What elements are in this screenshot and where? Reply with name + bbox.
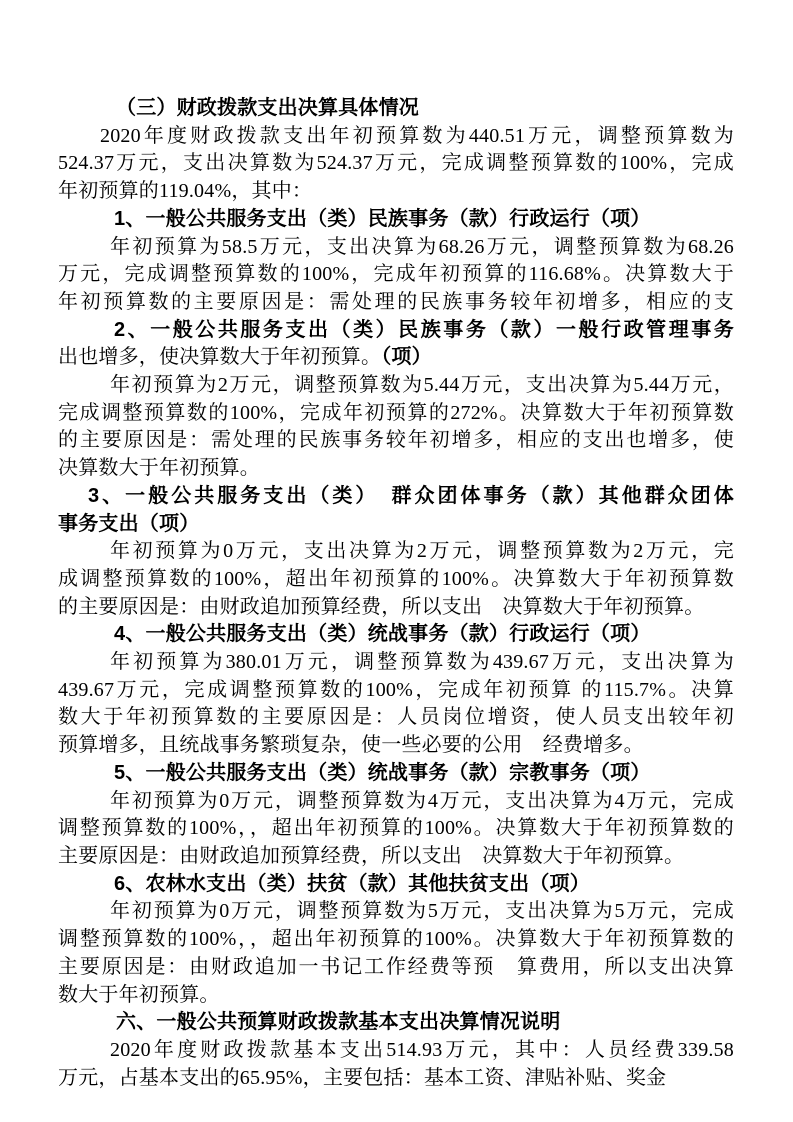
text-line: 主要原因是：由财政追加预算经费，所以支出 决算数大于年初预算。 — [58, 843, 734, 871]
body-text: 年初预算为0万元，调整预算数为5万元，支出决算为5万元，完成 — [110, 900, 734, 922]
body-text: 出也增多，使决算数大于年初预算。 — [58, 346, 381, 368]
text-line: 439.67万元，完成调整预算数的100%，完成年初预算 的115.7%。决算 — [58, 677, 734, 705]
text-line: 6、农林水支出（类）扶贫（款）其他扶贫支出（项） — [58, 871, 734, 899]
text-line: 年初预算为0万元，调整预算数为4万元，支出决算为4万元，完成 — [58, 788, 734, 816]
body-text: 2020年度财政拨款基本支出514.93万元，其中：人员经费339.58 — [110, 1039, 734, 1061]
body-text: 年初预算为380.01万元，调整预算数为439.67万元，支出决算为 — [110, 651, 734, 673]
text-line: 出也增多，使决算数大于年初预算。（项） — [58, 344, 734, 372]
text-line: 2020年度财政拨款支出年初预算数为440.51万元，调整预算数为 — [58, 123, 734, 151]
body-text: 的主要原因是：由财政追加预算经费，所以支出 决算数大于年初预算。 — [58, 596, 704, 618]
body-text: 年初预算为0万元，调整预算数为4万元，支出决算为4万元，完成 — [110, 790, 734, 812]
body-text: 万元，占基本支出的65.95%，主要包括：基本工资、津贴补贴、奖金 — [58, 1067, 666, 1089]
heading-text: 6、农林水支出（类）扶贫（款）其他扶贫支出（项） — [114, 873, 590, 895]
body-text: 预算增多，且统战事务繁琐复杂，使一些必要的公用 经费增多。 — [58, 734, 644, 756]
body-text: 主要原因是：由财政追加预算经费，所以支出 决算数大于年初预算。 — [58, 845, 684, 867]
body-text: 成调整预算数的100%，超出年初预算的100%。决算数大于年初预算数 — [58, 568, 734, 590]
body-text: 年初预算为0万元，支出决算为2万元，调整预算数为2万元，完 — [110, 540, 734, 562]
text-line: 5、一般公共服务支出（类）统战事务（款）宗教事务（项） — [58, 760, 734, 788]
body-text: 439.67万元，完成调整预算数的100%，完成年初预算 的115.7%。决算 — [58, 679, 734, 701]
document-body: （三）财政拨款支出决算具体情况2020年度财政拨款支出年初预算数为440.51万… — [58, 95, 734, 1092]
body-text: 年初预算为2万元，调整预算数为5.44万元，支出决算为5.44万元， — [110, 374, 734, 396]
text-line: 完成调整预算数的100%，完成年初预算的272%。决算数大于年初预算数 — [58, 400, 734, 428]
text-line: 3、一般公共服务支出（类） 群众团体事务（款）其他群众团体 — [58, 483, 734, 511]
text-line: 年初预算为58.5万元，支出决算为68.26万元，调整预算数为68.26 — [58, 234, 734, 262]
body-text: 调整预算数的100%，，超出年初预算的100%。决算数大于年初预算数的 — [58, 817, 734, 839]
text-line: 2、一般公共服务支出（类）民族事务（款）一般行政管理事务 — [58, 317, 734, 345]
text-line: 万元，占基本支出的65.95%，主要包括：基本工资、津贴补贴、奖金 — [58, 1065, 734, 1093]
text-line: 调整预算数的100%，，超出年初预算的100%。决算数大于年初预算数的 — [58, 815, 734, 843]
text-line: 2020年度财政拨款基本支出514.93万元，其中：人员经费339.58 — [58, 1037, 734, 1065]
heading-text: 5、一般公共服务支出（类）统战事务（款）宗教事务（项） — [114, 762, 651, 784]
body-text: 年初预算的119.04%，其中： — [58, 180, 312, 202]
body-text: 数大于年初预算。 — [58, 984, 220, 1006]
body-text: 数大于年初预算数的主要原因是：人员岗位增资，使人员支出较年初 — [58, 706, 734, 728]
text-line: 调整预算数的100%，，超出年初预算的100%。决算数大于年初预算数的 — [58, 926, 734, 954]
text-line: 决算数大于年初预算。 — [58, 455, 734, 483]
text-line: 年初预算的119.04%，其中： — [58, 178, 734, 206]
body-text: 年初预算为58.5万元，支出决算为68.26万元，调整预算数为68.26 — [110, 236, 734, 258]
text-line: 年初预算数的主要原因是：需处理的民族事务较年初增多，相应的支 — [58, 289, 734, 317]
text-line: 的主要原因是：由财政追加预算经费，所以支出 决算数大于年初预算。 — [58, 594, 734, 622]
text-line: 年初预算为2万元，调整预算数为5.44万元，支出决算为5.44万元， — [58, 372, 734, 400]
text-line: 万元，完成调整预算数的100%，完成年初预算的116.68%。决算数大于 — [58, 261, 734, 289]
text-line: 数大于年初预算。 — [58, 982, 734, 1010]
body-text: 年初预算数的主要原因是：需处理的民族事务较年初增多，相应的支 — [58, 291, 734, 313]
body-text: 完成调整预算数的100%，完成年初预算的272%。决算数大于年初预算数 — [58, 402, 734, 424]
text-line: 六、一般公共预算财政拨款基本支出决算情况说明 — [58, 1009, 734, 1037]
text-line: 成调整预算数的100%，超出年初预算的100%。决算数大于年初预算数 — [58, 566, 734, 594]
text-line: 事务支出（项） — [58, 511, 734, 539]
heading-text: 1、一般公共服务支出（类）民族事务（款）行政运行（项） — [114, 208, 651, 230]
heading-text: 4、一般公共服务支出（类）统战事务（款）行政运行（项） — [114, 623, 651, 645]
body-text: 调整预算数的100%，，超出年初预算的100%。决算数大于年初预算数的 — [58, 928, 734, 950]
body-text: 2020年度财政拨款支出年初预算数为440.51万元，调整预算数为 — [100, 125, 734, 147]
body-text: 524.37万元，支出决算数为524.37万元，完成调整预算数的100%，完成 — [58, 152, 734, 174]
text-line: 预算增多，且统战事务繁琐复杂，使一些必要的公用 经费增多。 — [58, 732, 734, 760]
text-line: 年初预算为0万元，支出决算为2万元，调整预算数为2万元，完 — [58, 538, 734, 566]
heading-text: （项） — [381, 346, 432, 368]
heading-text: 事务支出（项） — [58, 513, 199, 535]
text-line: 数大于年初预算数的主要原因是：人员岗位增资，使人员支出较年初 — [58, 704, 734, 732]
text-line: 年初预算为0万元，调整预算数为5万元，支出决算为5万元，完成 — [58, 898, 734, 926]
heading-text: （三）财政拨款支出决算具体情况 — [116, 97, 419, 119]
text-line: 524.37万元，支出决算数为524.37万元，完成调整预算数的100%，完成 — [58, 150, 734, 178]
text-line: 的主要原因是：需处理的民族事务较年初增多，相应的支出也增多，使 — [58, 427, 734, 455]
text-line: （三）财政拨款支出决算具体情况 — [58, 95, 734, 123]
document-page: （三）财政拨款支出决算具体情况2020年度财政拨款支出年初预算数为440.51万… — [0, 0, 793, 1122]
text-line: 4、一般公共服务支出（类）统战事务（款）行政运行（项） — [58, 621, 734, 649]
body-text: 决算数大于年初预算。 — [58, 457, 260, 479]
heading-text: 2、一般公共服务支出（类）民族事务（款）一般行政管理事务 — [114, 319, 734, 341]
body-text: 的主要原因是：需处理的民族事务较年初增多，相应的支出也增多，使 — [58, 429, 734, 451]
heading-text: 3、一般公共服务支出（类） 群众团体事务（款）其他群众团体 — [88, 485, 734, 507]
text-line: 年初预算为380.01万元，调整预算数为439.67万元，支出决算为 — [58, 649, 734, 677]
body-text: 主要原因是：由财政追加一书记工作经费等预 算费用，所以支出决算 — [58, 956, 734, 978]
body-text: 万元，完成调整预算数的100%，完成年初预算的116.68%。决算数大于 — [58, 263, 734, 285]
text-line: 主要原因是：由财政追加一书记工作经费等预 算费用，所以支出决算 — [58, 954, 734, 982]
text-line: 1、一般公共服务支出（类）民族事务（款）行政运行（项） — [58, 206, 734, 234]
heading-text: 六、一般公共预算财政拨款基本支出决算情况说明 — [116, 1011, 560, 1033]
